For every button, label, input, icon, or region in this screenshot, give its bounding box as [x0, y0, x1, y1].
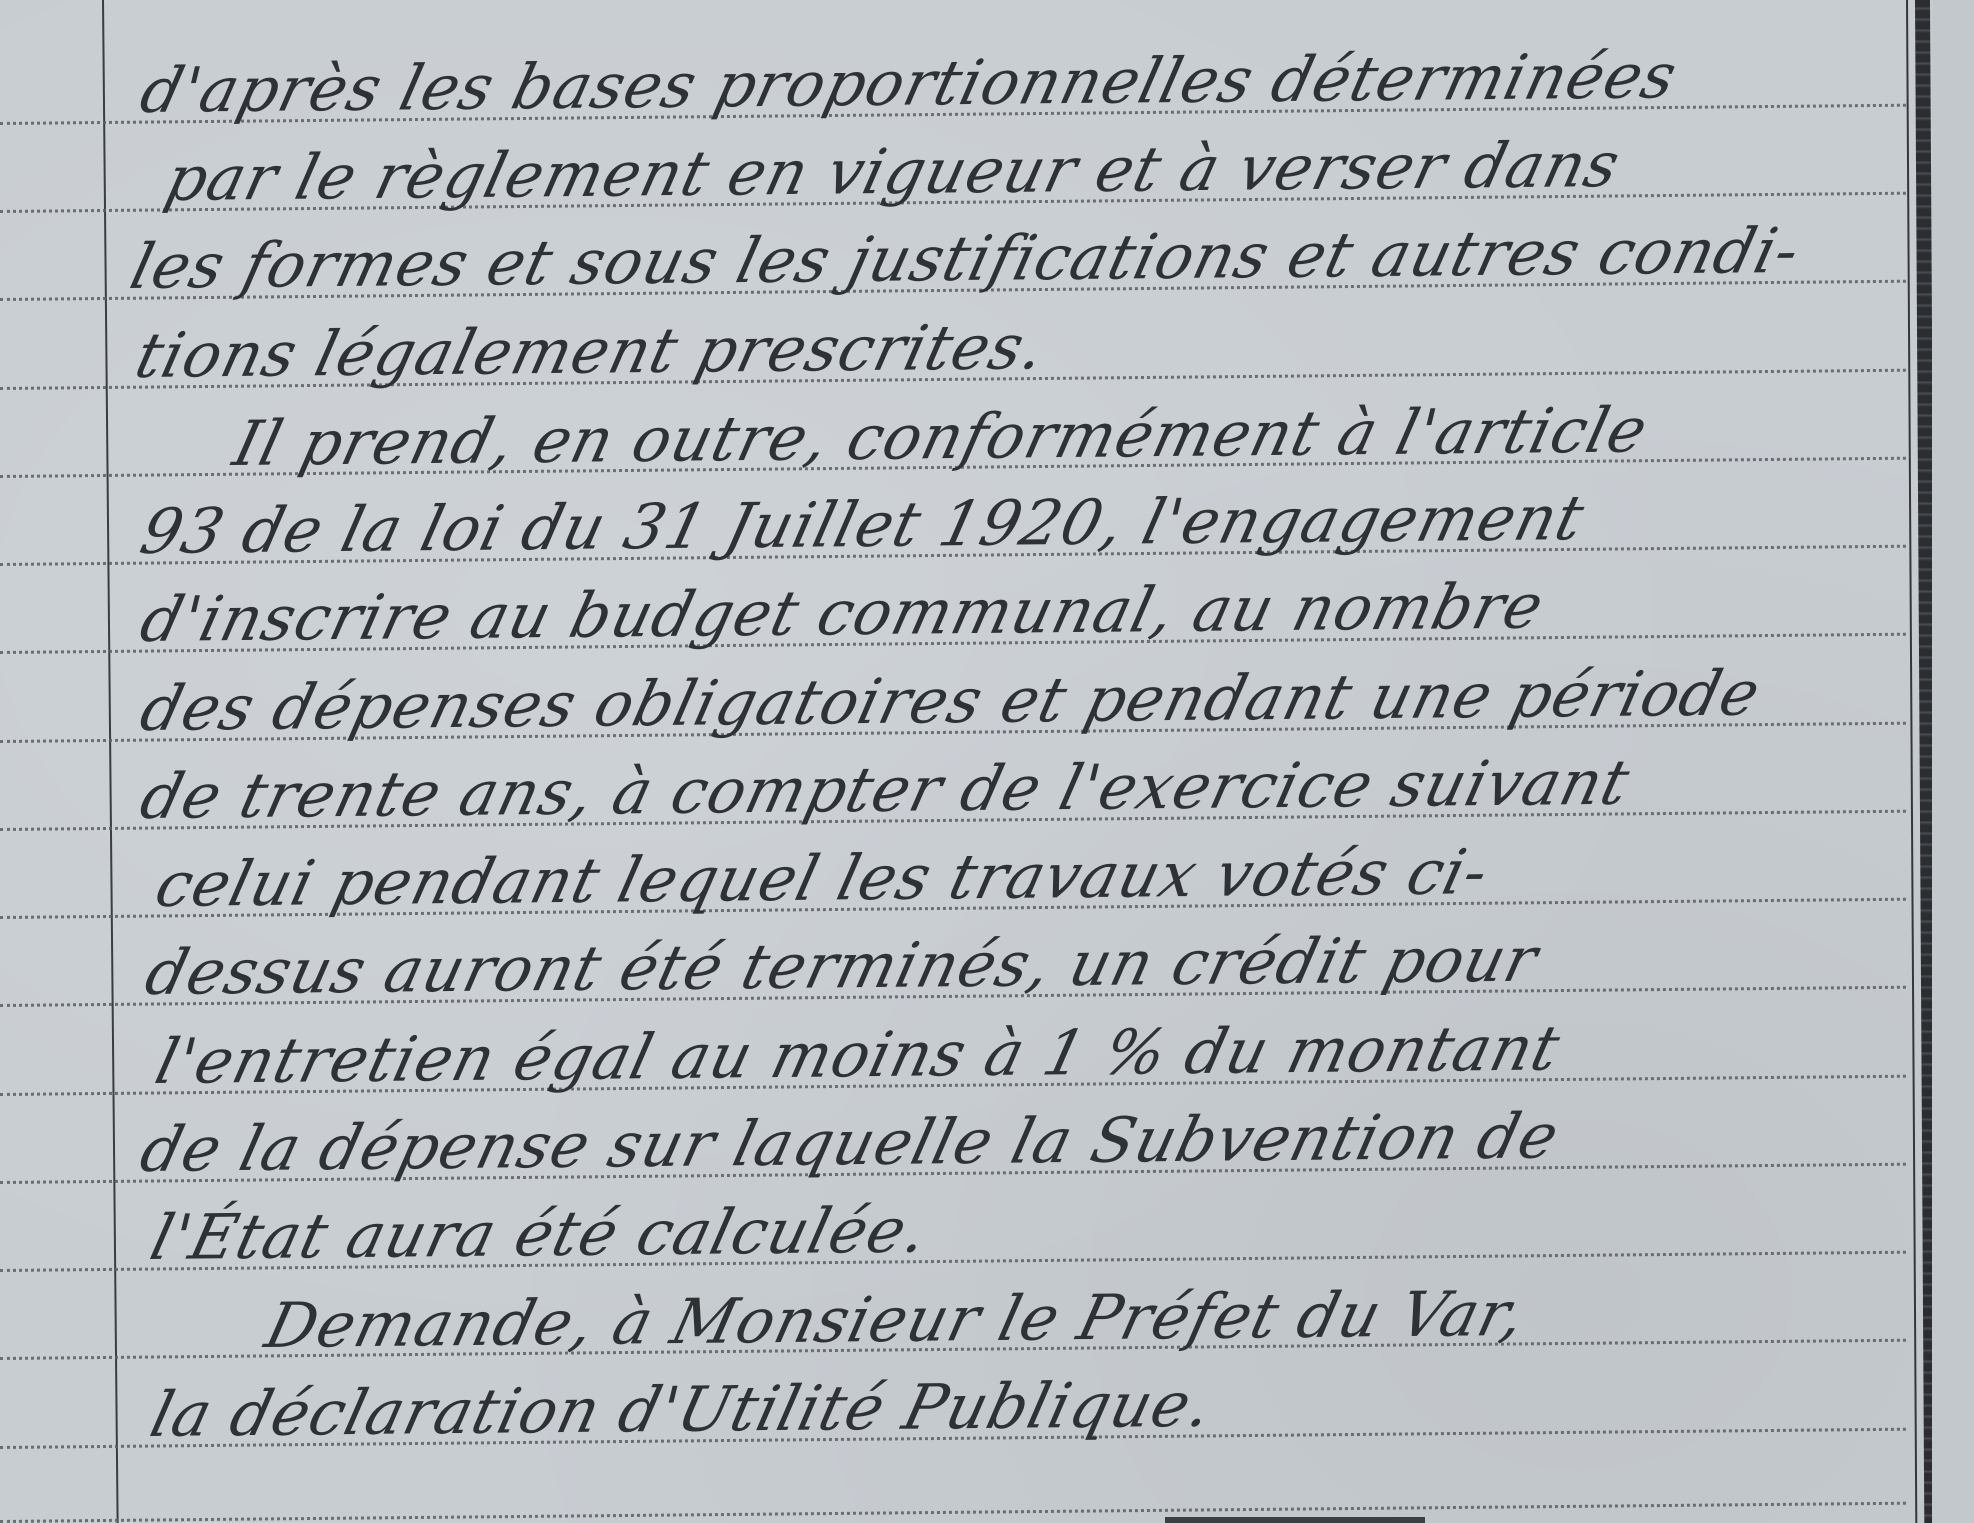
handwritten-line-13: de la dépense sur laquelle la Subvention…	[135, 1105, 1565, 1181]
handwritten-line-11: dessus auront été terminés, un crédit po…	[140, 929, 1544, 1004]
ruling-line	[0, 1502, 1906, 1523]
handwritten-line-10: celui pendant lequel les travaux votés c…	[150, 841, 1495, 916]
handwritten-line-7: d'inscrire au budget communal, au nombre	[135, 575, 1550, 651]
handwritten-line-2: par le règlement en vigueur et à verser …	[160, 134, 1626, 210]
handwritten-line-5: Il prend, en outre, conformément à l'art…	[228, 399, 1654, 475]
register-page: d'après les bases proportionnelles déter…	[0, 0, 1974, 1523]
handwritten-line-4: tions légalement prescrites.	[130, 316, 1051, 387]
handwritten-line-8: des dépenses obligatoires et pendant une…	[135, 662, 1766, 740]
handwritten-line-16: la déclaration d'Utilité Publique.	[145, 1374, 1218, 1446]
handwritten-line-15: Demande, à Monsieur le Préfet du Var,	[260, 1283, 1531, 1357]
handwritten-line-9: de trente ans, à compter de l'exercice s…	[135, 752, 1636, 828]
handwritten-line-3: les formes et sous les justifications et…	[125, 220, 1806, 298]
left-margin-rule	[102, 0, 119, 1523]
handwritten-line-14: l'État aura été calculée.	[145, 1199, 934, 1269]
handwritten-line-6: 93 de la loi du 31 Juillet 1920, l'engag…	[135, 487, 1590, 563]
page-edge	[1932, 0, 1974, 1523]
handwritten-line-1: d'après les bases proportionnelles déter…	[135, 45, 1683, 122]
scan-artifact	[1165, 1517, 1425, 1523]
handwritten-line-12: l'entretien égal au moins à 1 % du monta…	[150, 1017, 1566, 1093]
